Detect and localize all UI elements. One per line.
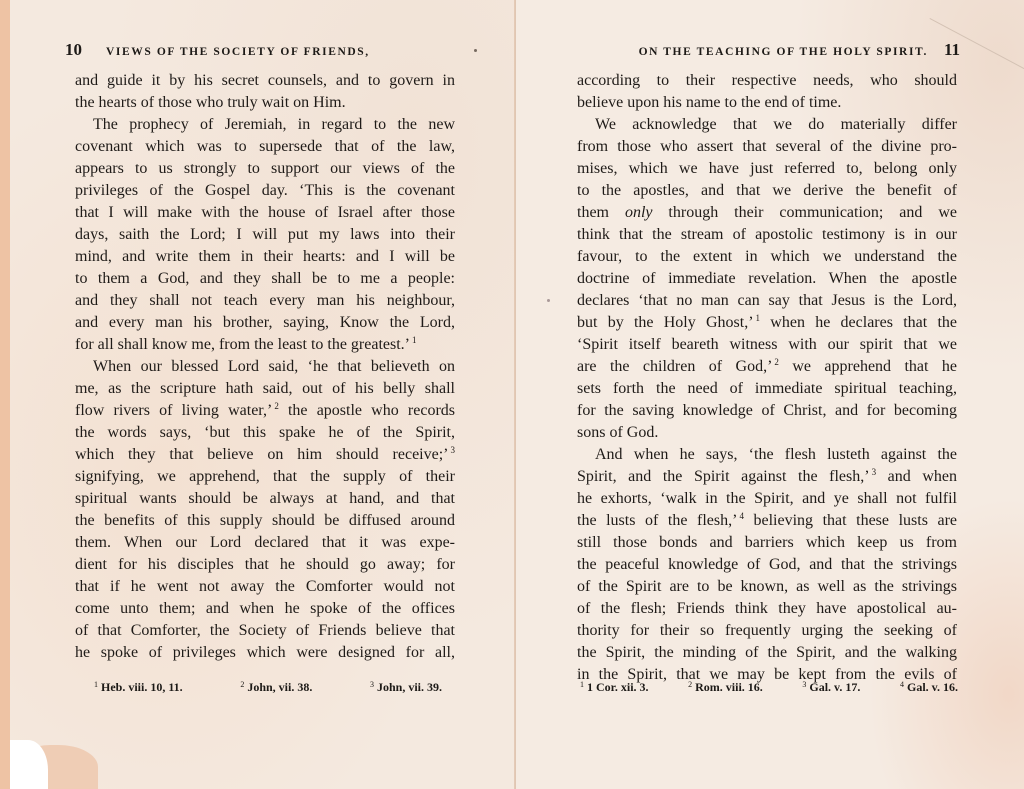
text-line: the words says, ‘but this spake he of th…	[75, 422, 455, 444]
line-text: according to their respective needs, who…	[577, 72, 957, 89]
line-text: privileges of the Gospel day. ‘This is t…	[75, 182, 455, 199]
text-line: for all shall know me, from the least to…	[75, 334, 455, 356]
line-text: mind, and write them in their hearts: an…	[75, 248, 455, 265]
line-text: me, as the scripture hath said, out of h…	[75, 380, 455, 397]
right-body-text: according to their respective needs, who…	[577, 70, 957, 686]
text-line: that I will make with the house of Israe…	[75, 202, 455, 224]
line-text: spiritual wants should be always at hand…	[75, 490, 455, 507]
text-line: according to their respective needs, who…	[577, 70, 957, 92]
line-text: the peaceful knowledge of God, and that …	[577, 556, 957, 573]
line-text: of the flesh; Friends think they have ap…	[577, 600, 957, 617]
text-line: The prophecy of Jeremiah, in regard to t…	[75, 114, 455, 136]
footnote-mark: 4	[900, 680, 904, 689]
text-line: appears to us strongly to support our vi…	[75, 158, 455, 180]
text-line: sets forth the need of immediate spiritu…	[577, 378, 957, 400]
left-running-head: 10 VIEWS OF THE SOCIETY OF FRIENDS,	[65, 40, 370, 60]
footnote-text: John, vii. 39.	[377, 680, 442, 694]
text-line: mind, and write them in their hearts: an…	[75, 246, 455, 268]
text-line: of the Spirit are to be known, as well a…	[577, 576, 957, 598]
line-text: believing that these lusts are	[744, 512, 957, 529]
footnote-text: Heb. viii. 10, 11.	[101, 680, 183, 694]
book-spread: 10 VIEWS OF THE SOCIETY OF FRIENDS, ON T…	[0, 0, 1024, 789]
line-text: the apostle who records	[279, 402, 455, 419]
text-line: to them a God, and they shall be to me a…	[75, 268, 455, 290]
text-line: sons of God.	[577, 422, 957, 444]
footnote-text: Gal. v. 16.	[907, 680, 958, 694]
page-number: 10	[65, 40, 82, 60]
line-text: come unto them; and when he spoke of the…	[75, 600, 455, 617]
line-text: think that the stream of apostolic testi…	[577, 226, 957, 243]
line-text: covenant which was to supersede that of …	[75, 138, 455, 155]
footnote-ref: 1	[756, 313, 761, 323]
footnote-text: Gal. v. 17.	[809, 680, 860, 694]
line-text: we apprehend that he	[779, 358, 957, 375]
right-running-head: ON THE TEACHING OF THE HOLY SPIRIT. 11	[639, 40, 960, 60]
text-line: are the children of God,’2 we apprehend …	[577, 356, 957, 378]
line-text: thority for their so frequently urging t…	[577, 622, 957, 639]
line-text: The prophecy of Jeremiah, in regard to t…	[93, 116, 455, 133]
footnote-mark: 1	[94, 680, 98, 689]
footnote-mark: 3	[370, 680, 374, 689]
right-footnotes: 11 Cor. xii. 3.2Rom. viii. 16.3Gal. v. 1…	[578, 680, 958, 695]
footnote-text: John, vii. 38.	[247, 680, 312, 694]
line-text: to them a God, and they shall be to me a…	[75, 270, 455, 287]
footnote-ref: 1	[412, 335, 417, 345]
text-line: think that the stream of apostolic testi…	[577, 224, 957, 246]
line-text: the hearts of those who truly wait on Hi…	[75, 94, 346, 111]
line-text: Spirit, and the Spirit against the flesh…	[577, 468, 870, 485]
line-text: the Spirit, the minding of the Spirit, a…	[577, 644, 957, 661]
text-line: he spoke of privileges which were design…	[75, 642, 455, 664]
footnote-mark: 2	[240, 680, 244, 689]
text-line: When our blessed Lord said, ‘he that bel…	[75, 356, 455, 378]
line-text: them	[577, 204, 625, 221]
text-line: them. When our Lord declared that it was…	[75, 532, 455, 554]
text-line: the lusts of the flesh,’4 believing that…	[577, 510, 957, 532]
page-number: 11	[944, 40, 960, 60]
line-text: the benefits of this supply should be di…	[75, 512, 455, 529]
left-body-text: and guide it by his secret counsels, and…	[75, 70, 455, 664]
text-line: the peaceful knowledge of God, and that …	[577, 554, 957, 576]
ink-speck	[547, 299, 550, 302]
line-text: appears to us strongly to support our vi…	[75, 160, 455, 177]
text-line: and every man his brother, saying, Know …	[75, 312, 455, 334]
text-line: of that Comforter, the Society of Friend…	[75, 620, 455, 642]
left-footnotes: 1Heb. viii. 10, 11.2John, vii. 38.3John,…	[92, 680, 442, 695]
text-line: the Spirit, the minding of the Spirit, a…	[577, 642, 957, 664]
line-text: doctrine of immediate revelation. When t…	[577, 270, 957, 287]
text-line: for the saving knowledge of Christ, and …	[577, 400, 957, 422]
ink-speck	[474, 49, 477, 52]
line-text: of the Spirit are to be known, as well a…	[577, 578, 957, 595]
text-line: covenant which was to supersede that of …	[75, 136, 455, 158]
text-line: of the flesh; Friends think they have ap…	[577, 598, 957, 620]
running-head-title: VIEWS OF THE SOCIETY OF FRIENDS,	[106, 46, 370, 58]
line-text: favour, to the extent in which we unders…	[577, 248, 957, 265]
text-line: ‘Spirit itself beareth witness with our …	[577, 334, 957, 356]
line-text: which they that believe on him should re…	[75, 446, 449, 463]
line-text: When our blessed Lord said, ‘he that bel…	[93, 358, 455, 375]
text-line: signifying, we apprehend, that the suppl…	[75, 466, 455, 488]
footnote-text: 1 Cor. xii. 3.	[587, 680, 649, 694]
text-line: me, as the scripture hath said, out of h…	[75, 378, 455, 400]
text-line: them only through their communication; a…	[577, 202, 957, 224]
text-line: Spirit, and the Spirit against the flesh…	[577, 466, 957, 488]
line-text: for all shall know me, from the least to…	[75, 336, 410, 353]
text-line: which they that believe on him should re…	[75, 444, 455, 466]
footnote-ref: 3	[451, 445, 456, 455]
line-text: and every man his brother, saying, Know …	[75, 314, 455, 331]
line-text: still those bonds and barriers which kee…	[577, 534, 957, 551]
line-text: And when he says, ‘the flesh lusteth aga…	[595, 446, 957, 463]
text-line: favour, to the extent in which we unders…	[577, 246, 957, 268]
line-text: through their communication; and we	[652, 204, 957, 221]
text-line: We acknowledge that we do materially dif…	[577, 114, 957, 136]
footnote-ref: 4	[739, 511, 744, 521]
text-line: believe upon his name to the end of time…	[577, 92, 957, 114]
line-text: that if he went not away the Comforter w…	[75, 578, 455, 595]
line-text: and guide it by his secret counsels, and…	[75, 72, 455, 89]
line-text: are the children of God,’	[577, 358, 772, 375]
line-text: dient for his disciples that he should g…	[75, 556, 455, 573]
line-text: but by the Holy Ghost,’	[577, 314, 754, 331]
text-line: privileges of the Gospel day. ‘This is t…	[75, 180, 455, 202]
footnote-mark: 1	[580, 680, 584, 689]
line-text: ‘Spirit itself beareth witness with our …	[577, 336, 957, 353]
text-line: mises, which we have just referred to, b…	[577, 158, 957, 180]
footnote: 3John, vii. 39.	[368, 680, 442, 695]
text-line: to the apostles, and that we derive the …	[577, 180, 957, 202]
line-text: sons of God.	[577, 424, 658, 441]
text-line: but by the Holy Ghost,’1 when he declare…	[577, 312, 957, 334]
line-text: for the saving knowledge of Christ, and …	[577, 402, 957, 419]
line-text: flow rivers of living water,’	[75, 402, 272, 419]
footnote: 1Heb. viii. 10, 11.	[92, 680, 183, 695]
text-line: the hearts of those who truly wait on Hi…	[75, 92, 455, 114]
line-text: when he declares that the	[760, 314, 957, 331]
line-text: the words says, ‘but this spake he of th…	[75, 424, 455, 441]
line-text: the lusts of the flesh,’	[577, 512, 737, 529]
footnote: 11 Cor. xii. 3.	[578, 680, 649, 695]
text-line: thority for their so frequently urging t…	[577, 620, 957, 642]
text-line: that if he went not away the Comforter w…	[75, 576, 455, 598]
line-text: that I will make with the house of Israe…	[75, 204, 455, 221]
text-line: the benefits of this supply should be di…	[75, 510, 455, 532]
gutter-fold	[514, 0, 516, 789]
text-line: he exhorts, ‘walk in the Spirit, and ye …	[577, 488, 957, 510]
footnote-ref: 2	[274, 401, 279, 411]
line-text: he spoke of privileges which were design…	[75, 644, 455, 661]
text-line: declares ‘that no man can say that Jesus…	[577, 290, 957, 312]
line-text: We acknowledge that we do materially dif…	[595, 116, 957, 133]
footnote: 4Gal. v. 16.	[898, 680, 958, 695]
footnote-ref: 2	[774, 357, 779, 367]
footnote-mark: 2	[688, 680, 692, 689]
footnote-mark: 3	[802, 680, 806, 689]
line-text: and they shall not teach every man his n…	[75, 292, 455, 309]
line-text: he exhorts, ‘walk in the Spirit, and ye …	[577, 490, 957, 507]
text-line: still those bonds and barriers which kee…	[577, 532, 957, 554]
line-text: mises, which we have just referred to, b…	[577, 160, 957, 177]
text-line: days, saith the Lord; I will put my laws…	[75, 224, 455, 246]
emphasis: only	[625, 204, 653, 221]
line-text: signifying, we apprehend, that the suppl…	[75, 468, 455, 485]
line-text: of that Comforter, the Society of Friend…	[75, 622, 455, 639]
line-text: believe upon his name to the end of time…	[577, 94, 841, 111]
footnote-text: Rom. viii. 16.	[695, 680, 763, 694]
text-line: flow rivers of living water,’2 the apost…	[75, 400, 455, 422]
line-text: sets forth the need of immediate spiritu…	[577, 380, 957, 397]
line-text: from those who assert that several of th…	[577, 138, 957, 155]
text-line: come unto them; and when he spoke of the…	[75, 598, 455, 620]
text-line: dient for his disciples that he should g…	[75, 554, 455, 576]
text-line: and they shall not teach every man his n…	[75, 290, 455, 312]
text-line: spiritual wants should be always at hand…	[75, 488, 455, 510]
text-line: And when he says, ‘the flesh lusteth aga…	[577, 444, 957, 466]
line-text: days, saith the Lord; I will put my laws…	[75, 226, 455, 243]
footnote: 2Rom. viii. 16.	[686, 680, 763, 695]
line-text: them. When our Lord declared that it was…	[75, 534, 455, 551]
text-line: and guide it by his secret counsels, and…	[75, 70, 455, 92]
footnote: 3Gal. v. 17.	[800, 680, 860, 695]
line-text: declares ‘that no man can say that Jesus…	[577, 292, 957, 309]
text-line: doctrine of immediate revelation. When t…	[577, 268, 957, 290]
footnote: 2John, vii. 38.	[238, 680, 312, 695]
footnote-ref: 3	[872, 467, 877, 477]
line-text: to the apostles, and that we derive the …	[577, 182, 957, 199]
line-text: and when	[876, 468, 957, 485]
text-line: from those who assert that several of th…	[577, 136, 957, 158]
running-head-title: ON THE TEACHING OF THE HOLY SPIRIT.	[639, 46, 928, 58]
